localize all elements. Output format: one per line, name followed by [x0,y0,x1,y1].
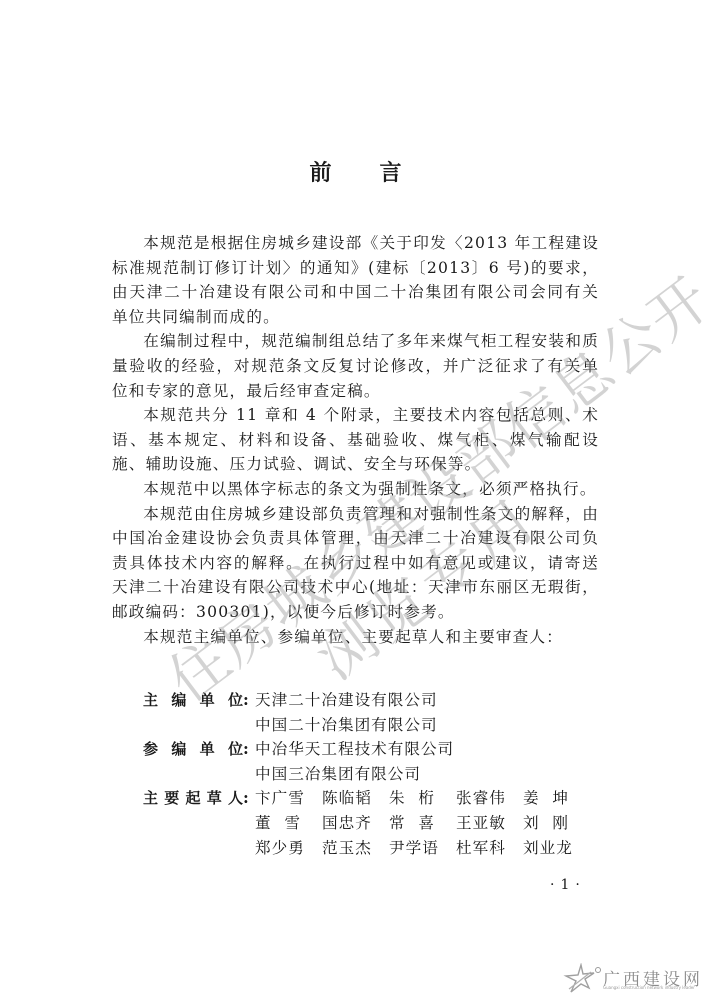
drafter-name: 常喜 [389,811,435,836]
paragraph-3: 本规范共分 11 章和 4 个附录，主要技术内容包括总则、术语、基本规定、材料和… [112,403,599,477]
logo-dot-icon [595,967,601,973]
star-logo-icon [563,963,595,993]
label-colon: : [243,786,255,811]
participating-unit-1: 中冶华天工程技术有限公司 [255,737,454,762]
drafter-name: 卞广雪 [255,786,301,811]
main-drafters-row-1: 主 要 起 草 人 : 卞广雪陈临韬朱桁张睿伟姜坤 [143,786,569,811]
paragraph-6: 本规范主编单位、参编单位、主要起草人和主要审查人： [112,625,599,650]
participating-units-row: 参 编 单 位 : 中冶华天工程技术有限公司 [143,737,569,762]
chief-units-row-2: 中国二十冶集团有限公司 [143,713,569,738]
paragraph-4: 本规范中以黑体字标志的条文为强制性条文，必须严格执行。 [112,477,599,502]
drafter-name: 陈临韬 [322,786,368,811]
title-char-2: 言 [380,156,402,187]
paragraph-1: 本规范是根据住房城乡建设部《关于印发〈2013 年工程建设标准规范制订修订计划〉… [112,231,599,329]
label-colon: : [243,688,255,713]
drafter-name: 范玉杰 [322,836,368,861]
chief-unit-1: 天津二十冶建设有限公司 [255,688,438,713]
chief-units-label: 主 编 单 位 [143,688,243,713]
drafter-name: 姜坤 [523,786,569,811]
paragraph-2: 在编制过程中，规范编制组总结了多年来煤气柜工程安装和质量验收的经验，对规范条文反… [112,329,599,403]
chief-units-row: 主 编 单 位 : 天津二十冶建设有限公司 [143,688,569,713]
page-title: 前言 [0,156,711,187]
main-drafters-label: 主 要 起 草 人 [143,786,243,811]
document-page: 前言 本规范是根据住房城乡建设部《关于印发〈2013 年工程建设标准规范制订修订… [0,0,711,1003]
drafter-names: 董雪国忠齐常喜王亚敏刘刚 [255,811,569,836]
logo-subtitle: Guangxi construction network industry le… [603,985,695,990]
participating-units-row-2: 中国三冶集团有限公司 [143,762,569,787]
drafter-name: 国忠齐 [322,811,368,836]
page-number: ·1· [550,877,586,893]
title-char-1: 前 [309,156,331,187]
drafter-name: 张睿伟 [456,786,502,811]
drafter-name: 杜军科 [456,836,502,861]
drafter-names: 卞广雪陈临韬朱桁张睿伟姜坤 [255,786,569,811]
drafter-name: 刘业龙 [523,836,569,861]
drafter-name: 刘刚 [523,811,569,836]
chief-unit-2: 中国二十冶集团有限公司 [255,713,438,738]
drafter-name: 朱桁 [389,786,435,811]
participating-units-label: 参 编 单 位 [143,737,243,762]
paragraph-5: 本规范由住房城乡建设部负责管理和对强制性条文的解释，由中国冶金建设协会负责具体管… [112,502,599,625]
drafter-name: 郑少勇 [255,836,301,861]
preface-body: 本规范是根据住房城乡建设部《关于印发〈2013 年工程建设标准规范制订修订计划〉… [112,231,599,649]
main-drafters-row-2: 董雪国忠齐常喜王亚敏刘刚 [143,811,569,836]
drafter-name: 王亚敏 [456,811,502,836]
participating-unit-2: 中国三冶集团有限公司 [255,762,421,787]
credits-section: 主 编 单 位 : 天津二十冶建设有限公司 中国二十冶集团有限公司 参 编 单 … [143,688,569,860]
drafter-names: 郑少勇范玉杰尹学语杜军科刘业龙 [255,836,569,861]
site-logo: 广西建设网 Guangxi construction network indus… [563,963,703,993]
drafter-name: 董雪 [255,811,301,836]
label-colon: : [243,737,255,762]
main-drafters-row-3: 郑少勇范玉杰尹学语杜军科刘业龙 [143,836,569,861]
drafter-name: 尹学语 [389,836,435,861]
